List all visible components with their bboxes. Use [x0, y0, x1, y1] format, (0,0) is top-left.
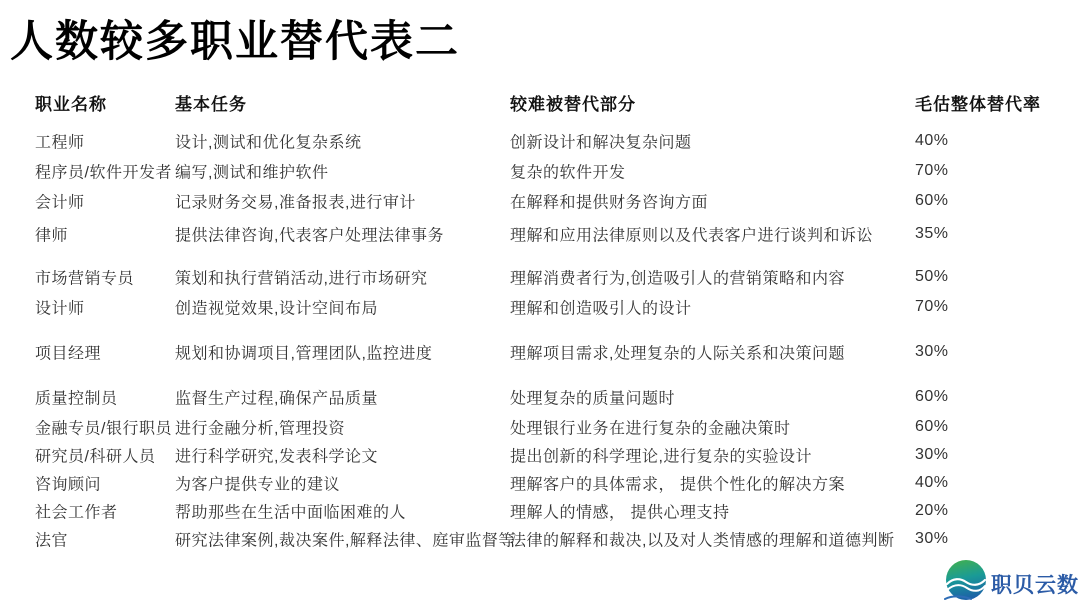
- table-row: 会计师记录财务交易,准备报表,进行审计在解释和提供财务咨询方面60%: [0, 186, 1080, 216]
- rate-cell: 40%: [915, 132, 949, 150]
- hard-part-cell: 理解项目需求,处理复杂的人际关系和决策问题: [510, 341, 845, 364]
- tasks-cell: 记录财务交易,准备报表,进行审计: [175, 190, 416, 213]
- occupation-cell: 咨询顾问: [35, 472, 101, 495]
- table-row: 工程师设计,测试和优化复杂系统创新设计和解决复杂问题40%: [0, 126, 1080, 156]
- tasks-cell: 提供法律咨询,代表客户处理法律事务: [175, 223, 444, 246]
- occupation-cell: 程序员/软件开发者: [35, 160, 172, 183]
- tasks-cell: 帮助那些在生活中面临困难的人: [175, 500, 406, 523]
- hard-part-cell: 提出创新的科学理论,进行复杂的实验设计: [510, 444, 812, 467]
- tasks-cell: 策划和执行营销活动,进行市场研究: [175, 266, 427, 289]
- hard-part-cell: 在解释和提供财务咨询方面: [510, 190, 708, 213]
- rate-cell: 60%: [915, 388, 949, 406]
- occupation-cell: 项目经理: [35, 341, 101, 364]
- table-row: 法官研究法律案例,裁决案件,解释法律、庭审监督等法律的解释和裁决,以及对人类情感…: [0, 524, 1080, 554]
- rate-cell: 70%: [915, 298, 949, 316]
- header-tasks: 基本任务: [175, 90, 247, 115]
- occupation-cell: 市场营销专员: [35, 266, 134, 289]
- hard-part-cell: 理解消费者行为,创造吸引人的营销策略和内容: [510, 266, 845, 289]
- occupation-cell: 法官: [35, 528, 68, 551]
- occupation-cell: 研究员/科研人员: [35, 444, 155, 467]
- brand-logo: 职贝云数: [944, 558, 1079, 607]
- table-header-row: 职业名称 基本任务 较难被替代部分 毛估整体替代率: [0, 90, 1080, 112]
- header-occupation: 职业名称: [35, 90, 107, 115]
- table-row: 项目经理规划和协调项目,管理团队,监控进度理解项目需求,处理复杂的人际关系和决策…: [0, 337, 1080, 367]
- tasks-cell: 进行金融分析,管理投资: [175, 416, 345, 439]
- table-row: 金融专员/银行职员进行金融分析,管理投资处理银行业务在进行复杂的金融决策时60%: [0, 412, 1080, 442]
- tasks-cell: 为客户提供专业的建议: [175, 472, 340, 495]
- hard-part-cell: 法律的解释和裁决,以及对人类情感的理解和道德判断: [510, 528, 894, 551]
- page-title: 人数较多职业替代表二: [10, 8, 460, 69]
- hard-part-cell: 理解客户的具体需求， 提供个性化的解决方案: [510, 472, 845, 495]
- hard-part-cell: 理解和创造吸引人的设计: [510, 296, 692, 319]
- rate-cell: 30%: [915, 446, 949, 464]
- header-hard-part: 较难被替代部分: [510, 90, 636, 115]
- table-row: 市场营销专员策划和执行营销活动,进行市场研究理解消费者行为,创造吸引人的营销策略…: [0, 262, 1080, 292]
- tasks-cell: 创造视觉效果,设计空间布局: [175, 296, 378, 319]
- rate-cell: 60%: [915, 192, 949, 210]
- hard-part-cell: 理解和应用法律原则以及代表客户进行谈判和诉讼: [510, 223, 873, 246]
- tasks-cell: 规划和协调项目,管理团队,监控进度: [175, 341, 432, 364]
- header-rate: 毛估整体替代率: [915, 90, 1041, 115]
- hard-part-cell: 复杂的软件开发: [510, 160, 626, 183]
- tasks-cell: 编写,测试和维护软件: [175, 160, 328, 183]
- tasks-cell: 监督生产过程,确保产品质量: [175, 386, 378, 409]
- rate-cell: 35%: [915, 225, 949, 243]
- tasks-cell: 进行科学研究,发表科学论文: [175, 444, 378, 467]
- hard-part-cell: 处理银行业务在进行复杂的金融决策时: [510, 416, 791, 439]
- rate-cell: 30%: [915, 343, 949, 361]
- rate-cell: 60%: [915, 418, 949, 436]
- rate-cell: 40%: [915, 474, 949, 492]
- table-row: 设计师创造视觉效果,设计空间布局理解和创造吸引人的设计70%: [0, 292, 1080, 322]
- hard-part-cell: 理解人的情感， 提供心理支持: [510, 500, 729, 523]
- rate-cell: 50%: [915, 268, 949, 286]
- tasks-cell: 研究法律案例,裁决案件,解释法律、庭审监督等: [175, 528, 515, 551]
- occupation-cell: 工程师: [35, 130, 85, 153]
- rate-cell: 70%: [915, 162, 949, 180]
- logo-text: 职贝云数: [991, 569, 1079, 599]
- rate-cell: 20%: [915, 502, 949, 520]
- occupation-cell: 律师: [35, 223, 68, 246]
- table-rows: 工程师设计,测试和优化复杂系统创新设计和解决复杂问题40%程序员/软件开发者编写…: [0, 126, 1080, 554]
- occupation-cell: 质量控制员: [35, 386, 118, 409]
- rate-cell: 30%: [915, 530, 949, 548]
- occupation-cell: 金融专员/银行职员: [35, 416, 172, 439]
- table-row: 质量控制员监督生产过程,确保产品质量处理复杂的质量问题时60%: [0, 382, 1080, 412]
- slide: 人数较多职业替代表二 职业名称 基本任务 较难被替代部分 毛估整体替代率 工程师…: [0, 0, 1080, 607]
- occupation-cell: 会计师: [35, 190, 85, 213]
- occupation-cell: 设计师: [35, 296, 85, 319]
- table-row: 研究员/科研人员进行科学研究,发表科学论文提出创新的科学理论,进行复杂的实验设计…: [0, 440, 1080, 470]
- logo-sphere-icon: [944, 558, 988, 607]
- hard-part-cell: 创新设计和解决复杂问题: [510, 130, 692, 153]
- tasks-cell: 设计,测试和优化复杂系统: [175, 130, 361, 153]
- hard-part-cell: 处理复杂的质量问题时: [510, 386, 675, 409]
- table-row: 律师提供法律咨询,代表客户处理法律事务理解和应用法律原则以及代表客户进行谈判和诉…: [0, 219, 1080, 249]
- occupation-cell: 社会工作者: [35, 500, 118, 523]
- table-row: 程序员/软件开发者编写,测试和维护软件复杂的软件开发70%: [0, 156, 1080, 186]
- table-row: 咨询顾问为客户提供专业的建议理解客户的具体需求， 提供个性化的解决方案40%: [0, 468, 1080, 498]
- table-row: 社会工作者帮助那些在生活中面临困难的人理解人的情感， 提供心理支持20%: [0, 496, 1080, 526]
